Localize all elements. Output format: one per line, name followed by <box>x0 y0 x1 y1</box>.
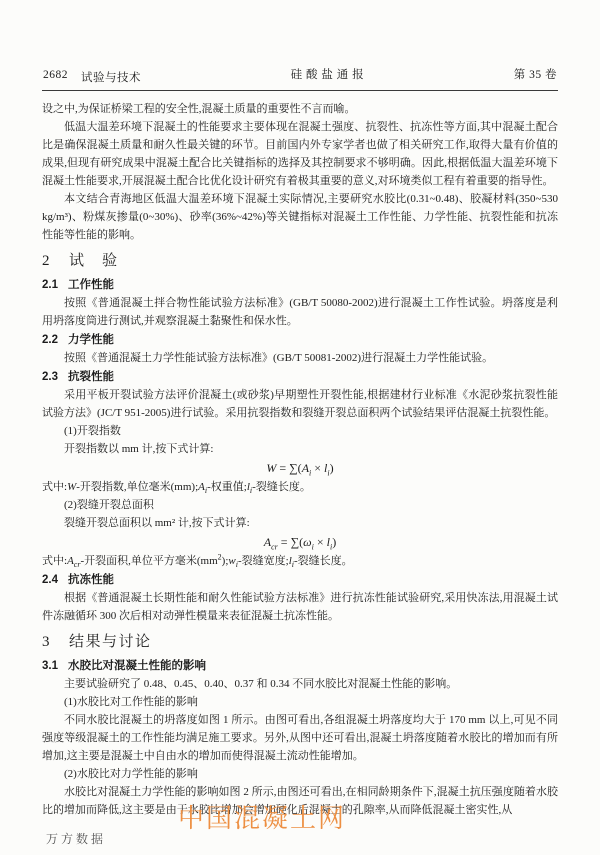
note-text: -开裂面积,单位平方毫米(mm <box>80 555 217 567</box>
volume-label: 第 35 卷 <box>514 66 557 82</box>
subsection-number: 2.4 <box>42 574 58 586</box>
lead-crack-area: 裂缝开裂总面积以 mm² 计,按下式计算: <box>42 514 558 532</box>
note-text: -开裂指数,单位毫米(mm); <box>76 481 198 493</box>
note-text: 式中: <box>42 481 67 493</box>
note-text: -裂缝长度。 <box>252 481 311 493</box>
formula-operator: = ∑( <box>276 461 301 475</box>
section-3-1-heading: 3.1水胶比对混凝土性能的影响 <box>42 657 558 675</box>
subsection-number: 2.3 <box>42 371 58 383</box>
paragraph-scope: 本文结合青海地区低温大温差环境下混凝土实际情况,主要研究水胶比(0.31~0.4… <box>42 190 558 244</box>
paragraph-background: 低温大温差环境下混凝土的性能要求主要体现在混凝土强度、抗裂性、抗冻性等方面,其中… <box>42 118 558 190</box>
list-item-mechanical-effect: (2)水胶比对力学性能的影响 <box>42 765 558 783</box>
paragraph-workability: 按照《普通混凝土拌合物性能试验方法标准》(GB/T 50080-2002)进行混… <box>42 294 558 330</box>
subsection-number: 2.1 <box>42 279 58 291</box>
note-variable: w <box>228 555 235 567</box>
section-2-4-heading: 2.4抗冻性能 <box>42 571 558 589</box>
formula-crack-index: W = ∑(Ai × li) <box>42 458 558 478</box>
formula-operator: × <box>311 461 324 475</box>
note-text: -裂缝长度。 <box>294 555 353 567</box>
section-2-3-heading: 2.3抗裂性能 <box>42 368 558 386</box>
list-item-crack-index: (1)开裂指数 <box>42 422 558 440</box>
formula-variable: W <box>266 461 276 475</box>
site-watermark: 中国混凝土网 <box>178 798 346 835</box>
paragraph-mechanical: 按照《普通混凝土力学性能试验方法标准》(GB/T 50081-2002)进行混凝… <box>42 349 558 367</box>
subsection-title: 抗冻性能 <box>68 574 114 586</box>
section-number: 3 <box>42 634 51 650</box>
formula-operator: ) <box>330 461 334 475</box>
formula-crack-area: Acr = ∑(ωi × li) <box>42 532 558 552</box>
journal-page: 2682 试验与技术 硅 酸 盐 通 报 第 35 卷 设之中,为保证桥梁工程的… <box>0 0 600 855</box>
section-2-1-heading: 2.1工作性能 <box>42 276 558 294</box>
page-content: 2682 试验与技术 硅 酸 盐 通 报 第 35 卷 设之中,为保证桥梁工程的… <box>42 66 558 819</box>
list-item-crack-area: (2)裂缝开裂总面积 <box>42 496 558 514</box>
subsection-title: 水胶比对混凝土性能的影响 <box>68 660 206 672</box>
paragraph-wb-ratios: 主要试验研究了 0.48、0.45、0.40、0.37 和 0.34 不同水胶比… <box>42 675 558 693</box>
subsection-number: 3.1 <box>42 660 58 672</box>
paragraph-frost: 根据《普通混凝土长期性能和耐久性能试验方法标准》进行抗冻性能试验研究,采用快冻法… <box>42 589 558 625</box>
journal-title: 硅 酸 盐 通 报 <box>291 66 365 82</box>
section-2-2-heading: 2.2力学性能 <box>42 331 558 349</box>
formula-note-crack-index: 式中:W-开裂指数,单位毫米(mm);Ai-权重值;li-裂缝长度。 <box>42 478 558 496</box>
paragraph-carryover: 设之中,为保证桥梁工程的安全性,混凝土质量的重要性不言而喻。 <box>42 100 558 118</box>
lead-crack-index: 开裂指数以 mm 计,按下式计算: <box>42 440 558 458</box>
note-text: -裂缝宽度; <box>238 555 289 567</box>
paragraph-workability-effect: 不同水胶比混凝土的坍落度如图 1 所示。由图可看出,各组混凝土坍落度均大于 17… <box>42 711 558 765</box>
paragraph-cracking: 采用平板开裂试验方法评价混凝土(或砂浆)早期塑性开裂性能,根据建材行业标准《水泥… <box>42 386 558 422</box>
note-variable: W <box>67 481 76 493</box>
note-text: -权重值; <box>207 481 247 493</box>
formula-operator: × <box>314 535 327 549</box>
formula-note-crack-area: 式中:Acr-开裂面积,单位平方毫米(mm2);wi-裂缝宽度;li-裂缝长度。 <box>42 552 558 570</box>
header-divider <box>42 90 558 91</box>
formula-variable: A <box>302 461 309 475</box>
article-body: 设之中,为保证桥梁工程的安全性,混凝土质量的重要性不言而喻。 低温大温差环境下混… <box>42 100 558 819</box>
subsection-title: 抗裂性能 <box>68 371 114 383</box>
list-item-workability-effect: (1)水胶比对工作性能的影响 <box>42 693 558 711</box>
formula-operator: ) <box>332 535 336 549</box>
page-number: 2682 <box>43 69 68 85</box>
subsection-title: 工作性能 <box>68 279 114 291</box>
running-header: 2682 试验与技术 硅 酸 盐 通 报 第 35 卷 <box>42 66 558 90</box>
section-2-heading: 2试 验 <box>42 252 558 270</box>
formula-subscript: cr <box>271 542 278 551</box>
section-3-heading: 3结果与讨论 <box>42 633 558 651</box>
note-text: 式中: <box>42 555 67 567</box>
subsection-number: 2.2 <box>42 334 58 346</box>
note-variable: A <box>198 481 205 493</box>
section-title: 结果与讨论 <box>69 634 152 650</box>
formula-operator: = ∑( <box>278 535 303 549</box>
formula-variable: ω <box>303 535 311 549</box>
column-title: 试验与技术 <box>81 69 141 85</box>
section-number: 2 <box>42 253 51 269</box>
section-title: 试 验 <box>69 253 119 269</box>
header-left: 2682 试验与技术 <box>43 69 141 85</box>
note-variable: A <box>67 555 74 567</box>
subsection-title: 力学性能 <box>68 334 114 346</box>
wanfang-data-mark: 万方数据 <box>46 830 106 847</box>
